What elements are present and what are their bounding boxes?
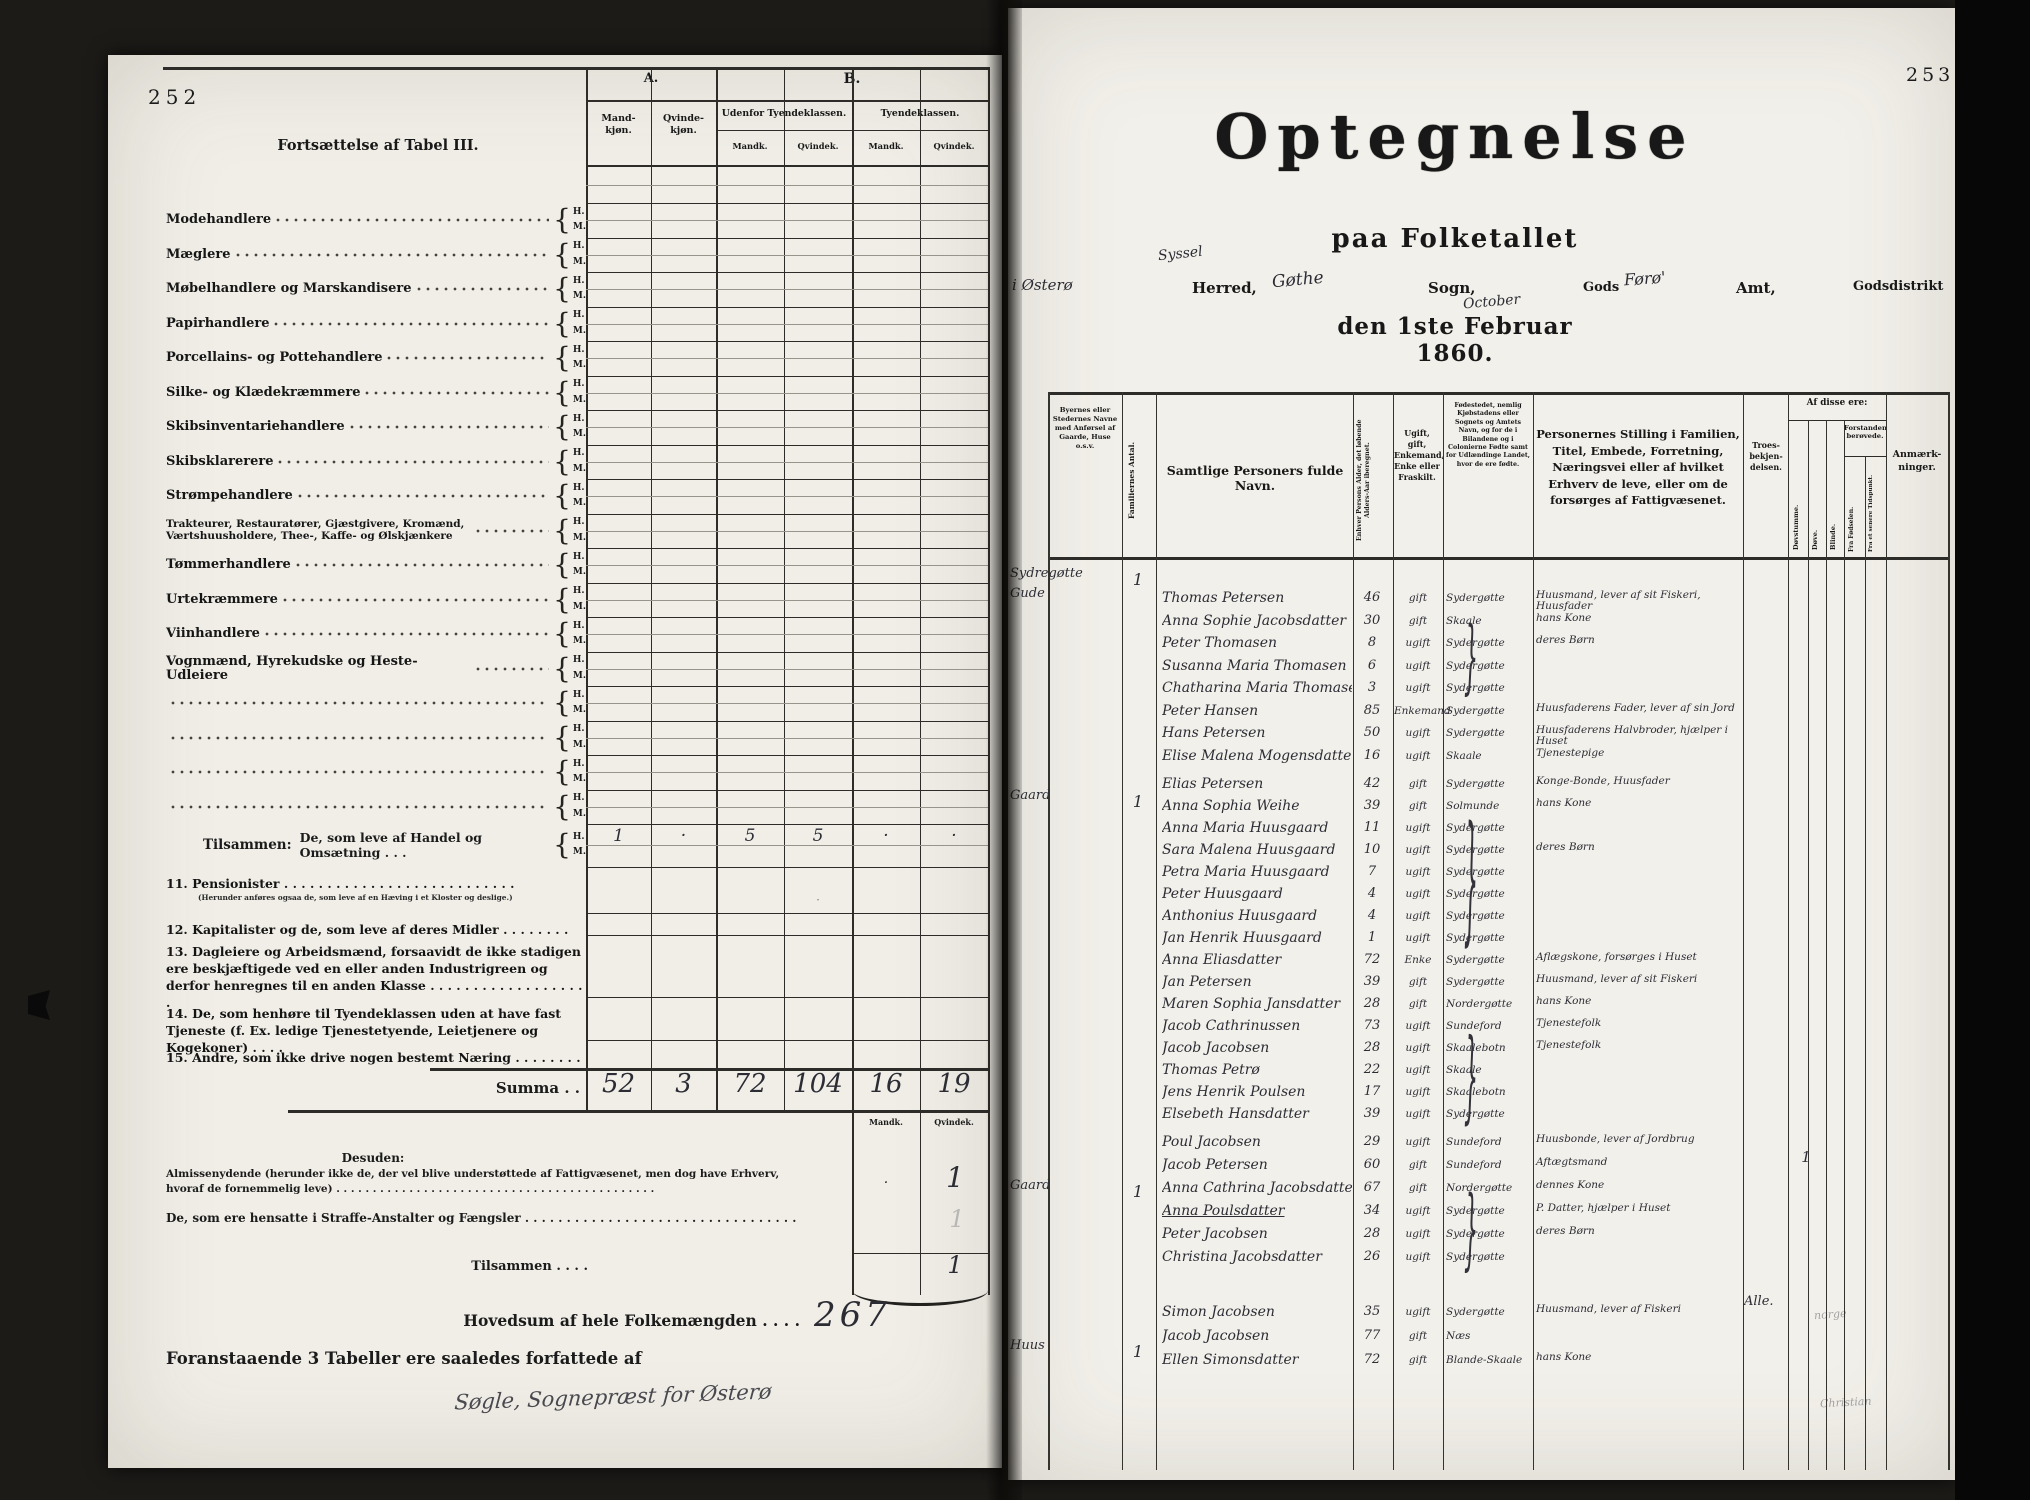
grid-hline (586, 220, 988, 221)
person-status: ugift (1394, 932, 1442, 944)
occupation-label: Porcellains- og Pottehandlere (166, 351, 382, 365)
occupation-row: Skibsklarerere{H.M. (166, 445, 586, 480)
person-birthplace: Skaalebotn (1446, 1042, 1532, 1054)
person-occupation: Huusmand, lever af sit Fiskeri (1536, 974, 1740, 985)
row-label-h: H. (573, 239, 586, 255)
grid-hline (586, 721, 988, 722)
grid-hline (586, 427, 988, 428)
census-date: den 1ste Februar 1860. (1305, 313, 1605, 367)
person-birthplace: Sydergøtte (1446, 954, 1532, 966)
brace-glyph: { (553, 585, 571, 615)
brace-glyph: { (553, 723, 571, 753)
place-name: Gaard (1010, 788, 1122, 803)
hm-labels: H.M. (573, 757, 586, 788)
person-status: ugift (1394, 1020, 1442, 1032)
dot-leader (475, 527, 549, 535)
person-name: Maren Sophia Jansdatter (1162, 996, 1352, 1012)
person-age: 11 (1353, 820, 1391, 835)
summa-value: 72 (722, 1069, 778, 1099)
person-birthplace: Sydergøtte (1446, 976, 1532, 988)
hm-labels: H.M. (573, 205, 586, 236)
grid-hline (586, 289, 988, 290)
grid-hline (586, 324, 988, 325)
person-occupation: Tjenestepige (1536, 748, 1740, 759)
row-label-h: H. (573, 550, 586, 566)
family-count: 1 (1124, 1182, 1152, 1201)
person-name: Chatharina Maria Thomasen (1162, 680, 1352, 696)
hm-labels: H.M. (573, 619, 586, 650)
person-age: 6 (1353, 658, 1391, 673)
hm-labels: H.M. (573, 791, 586, 822)
grid-hline (586, 165, 988, 167)
hm-labels: H.M. (573, 377, 586, 408)
dot-leader (364, 389, 549, 397)
family-count: 1 (1124, 1342, 1152, 1361)
person-occupation: Huusfaderens Fader, lever af sin Jord (1536, 703, 1740, 714)
person-occupation: P. Datter, hjælper i Huset (1536, 1203, 1740, 1214)
person-status: gift (1394, 615, 1442, 627)
person-birthplace: Sydergøtte (1446, 727, 1532, 739)
dot-leader (275, 216, 549, 224)
person-status: ugift (1394, 910, 1442, 922)
row-label-h: H. (573, 515, 586, 531)
group-brace: } (1463, 1030, 1479, 1130)
grid-hline (586, 185, 988, 186)
occupation-label: Mæglere (166, 248, 231, 262)
person-name: Peter Hansen (1162, 703, 1352, 719)
person-status: ugift (1394, 1042, 1442, 1054)
grid-hline (586, 514, 988, 515)
subcolumn-qvindek: Qvindek. (784, 141, 852, 151)
occupation-row: {H.M. (166, 755, 586, 790)
person-birthplace: Skaale (1446, 615, 1532, 627)
hm-brace: {H.M. (553, 688, 586, 719)
tilsammen-value: · (866, 826, 906, 846)
hm-brace: {H.M. (553, 377, 586, 408)
person-status: ugift (1394, 1205, 1442, 1217)
grid-hline (586, 583, 988, 584)
person-status: ugift (1394, 1228, 1442, 1240)
person-status: gift (1394, 592, 1442, 604)
grid-hline (586, 496, 988, 497)
row-label-h: H. (573, 308, 586, 324)
grid-hline (586, 358, 988, 359)
person-birthplace: Sydergøtte (1446, 1228, 1532, 1240)
person-status: ugift (1394, 1251, 1442, 1263)
person-occupation: hans Kone (1536, 798, 1740, 809)
person-occupation: dennes Kone (1536, 1180, 1740, 1191)
person-name: Anna Sophia Weihe (1162, 798, 1352, 814)
document-title: Optegnelse (1055, 100, 1855, 173)
hm-labels: H.M. (573, 688, 586, 719)
hm-brace: {H.M. (553, 830, 586, 861)
brace-glyph: { (553, 619, 571, 649)
almisse-text: Almissenydende (herunder ikke de, der ve… (166, 1167, 808, 1197)
footer-statement: Foranstaaende 3 Tabeller ere saaledes fo… (166, 1349, 642, 1368)
grid-vline (716, 67, 718, 1110)
person-birthplace: Sydergøtte (1446, 705, 1532, 717)
person-status: gift (1394, 800, 1442, 812)
person-name: Ellen Simonsdatter (1162, 1352, 1352, 1368)
row-label-h: H. (573, 412, 586, 428)
row-label-h: H. (573, 830, 586, 846)
dot-leader (349, 423, 549, 431)
person-name: Anna Sophie Jacobsdatter (1162, 613, 1352, 629)
grid-hline (586, 410, 988, 411)
occupation-row: {H.M. (166, 686, 586, 721)
occupation-row: Vognmænd, Hyrekudske og Heste-Udleiere{H… (166, 652, 586, 687)
tilsammen-value: 5 (798, 826, 838, 846)
brace-glyph: { (553, 654, 571, 684)
brace-glyph: { (553, 205, 571, 235)
person-status: Enkemand (1394, 705, 1442, 717)
stray-dot: · (803, 893, 833, 907)
col-header-civil-status: Ugift, gift, Enkemand, Enke eller Fraski… (1394, 428, 1440, 483)
dot-leader (282, 596, 549, 604)
grid-vline (920, 1110, 921, 1295)
person-occupation: Huusbonde, lever af Jordbrug (1536, 1134, 1740, 1145)
person-name: Anna Cathrina Jacobsdatter (1162, 1180, 1352, 1196)
row-label-m: M. (573, 462, 586, 478)
person-name: Sara Malena Huusgaard (1162, 842, 1352, 858)
person-birthplace: Sydergøtte (1446, 822, 1532, 834)
row-label-m: M. (573, 703, 586, 719)
occupation-row: Urtekræmmere{H.M. (166, 583, 586, 618)
person-status: ugift (1394, 660, 1442, 672)
hm-labels: H.M. (573, 343, 586, 374)
occupation-label: Modehandlere (166, 213, 271, 227)
scan-black-border (1955, 0, 2030, 1500)
row-label-m: M. (573, 738, 586, 754)
place-name: Sydregøtte (1010, 566, 1122, 581)
person-birthplace: Blande-Skaale (1446, 1354, 1532, 1366)
grid-vline (1865, 456, 1866, 1470)
row-label-h: H. (573, 619, 586, 635)
person-name: Anna Maria Huusgaard (1162, 820, 1352, 836)
right-page: 253 Optegnelse paa Folketallet i Østerø … (1008, 8, 1955, 1480)
occupation-row: {H.M. (166, 721, 586, 756)
grid-hline (163, 67, 988, 70)
person-age: 26 (1353, 1249, 1391, 1264)
person-name: Christina Jacobsdatter (1162, 1249, 1352, 1265)
hm-brace: {H.M. (553, 584, 586, 615)
brace-glyph: { (553, 309, 571, 339)
row-label-m: M. (573, 565, 586, 581)
person-name: Elise Malena Mogensdatter (1162, 748, 1352, 764)
brace-glyph: } (1464, 1023, 1478, 1137)
desuden-heading: Desuden: (288, 1151, 458, 1165)
person-occupation: Konge-Bonde, Huusfader (1536, 776, 1740, 787)
tilsammen-row: Tilsammen:De, som leve af Handel og Omsæ… (203, 825, 586, 865)
row-label-m: M. (573, 393, 586, 409)
person-status: ugift (1394, 1306, 1442, 1318)
hm-brace: {H.M. (553, 308, 586, 339)
numbered-item: 12. Kapitalister og de, som leve af dere… (166, 921, 584, 938)
person-occupation: Tjenestefolk (1536, 1018, 1740, 1029)
grid-vline (1156, 392, 1157, 1470)
dot-leader (170, 803, 549, 811)
col-header-dovstumme: Døvstumme. (1792, 428, 1800, 550)
person-age: 50 (1353, 725, 1391, 740)
summa-value: 19 (926, 1069, 982, 1099)
person-age: 34 (1353, 1203, 1391, 1218)
handwritten-syssel: Syssel (1157, 244, 1203, 265)
person-name: Jacob Petersen (1162, 1157, 1352, 1173)
person-status: ugift (1394, 727, 1442, 739)
person-name: Jacob Jacobsen (1162, 1328, 1352, 1344)
col-header-position: Personernes Stilling i Familien, Titel, … (1536, 426, 1740, 509)
hm-brace: {H.M. (553, 653, 586, 684)
person-age: 1 (1353, 930, 1391, 945)
row-label-h: H. (573, 653, 586, 669)
row-label-m: M. (573, 807, 586, 823)
person-age: 28 (1353, 996, 1391, 1011)
grid-hline (586, 935, 988, 936)
person-status: ugift (1394, 1108, 1442, 1120)
hm-labels: H.M. (573, 584, 586, 615)
person-birthplace: Skaale (1446, 750, 1532, 762)
grid-hline (586, 462, 988, 463)
grid-hline (586, 100, 988, 102)
person-status: gift (1394, 1182, 1442, 1194)
occupation-label: Skibsinventariehandlere (166, 420, 345, 434)
place-name: Huus (1010, 1338, 1122, 1353)
handwritten-sogn: Gøthe (1271, 268, 1324, 292)
person-name: Thomas Petrø (1162, 1062, 1352, 1078)
numbered-item: 15. Andre, som ikke drive nogen bestemt … (166, 1049, 584, 1066)
dot-leader (297, 492, 549, 500)
row-label-h: H. (573, 584, 586, 600)
person-occupation: deres Børn (1536, 842, 1740, 853)
person-status: ugift (1394, 1136, 1442, 1148)
person-age: 35 (1353, 1304, 1391, 1319)
person-status: ugift (1394, 682, 1442, 694)
hm-brace: {H.M. (553, 274, 586, 305)
person-age: 39 (1353, 798, 1391, 813)
document-subtitle: paa Folketallet (1255, 224, 1655, 254)
grid-hline (586, 790, 988, 791)
hm-brace: {H.M. (553, 791, 586, 822)
brace-glyph: } (1464, 615, 1478, 706)
desuden-tilsammen-label: Tilsammen . . . . (428, 1259, 588, 1274)
grid-hline (586, 913, 988, 914)
grid-hline (586, 445, 988, 446)
brace-glyph: { (553, 343, 571, 373)
grid-hline (586, 565, 988, 566)
straffe-text: De, som ere hensatte i Straffe-Anstalter… (166, 1211, 808, 1225)
grid-vline (920, 67, 921, 1110)
remark-faint: Christian (1820, 1395, 1872, 1411)
item-note: (Herunder anføres ogsaa de, som leve af … (198, 893, 584, 902)
dot-leader (386, 354, 549, 362)
tilsammen-text: De, som leve af Handel og Omsætning . . … (300, 830, 553, 860)
grid-vline (1443, 392, 1444, 1470)
occupation-row: Mæglere{H.M. (166, 238, 586, 273)
grid-vline (1886, 392, 1887, 1470)
person-name: Elsebeth Hansdatter (1162, 1106, 1352, 1122)
person-name: Peter Thomasen (1162, 635, 1352, 651)
person-birthplace: Sydergøtte (1446, 1251, 1532, 1263)
row-label-m: M. (573, 496, 586, 512)
person-status: gift (1394, 1330, 1442, 1342)
occupation-label: Skibsklarerere (166, 455, 273, 469)
row-label-h: H. (573, 757, 586, 773)
brace-glyph: } (1464, 805, 1478, 964)
row-label-h: H. (573, 274, 586, 290)
col-header-blinde: Blinde. (1829, 428, 1837, 550)
row-label-m: M. (573, 220, 586, 236)
grid-hline (586, 548, 988, 549)
person-age: 4 (1353, 886, 1391, 901)
brace-glyph: { (553, 757, 571, 787)
person-name: Anna Eliasdatter (1162, 952, 1352, 968)
dot-leader (277, 458, 549, 466)
col-header-fra-fodselen: Fra Fødselen. (1848, 460, 1855, 552)
person-name: Anthonius Huusgaard (1162, 908, 1352, 924)
page-gutter-shadow (986, 0, 1022, 1500)
occupation-label: Tømmerhandlere (166, 558, 291, 572)
person-age: 4 (1353, 908, 1391, 923)
person-name: Jens Henrik Poulsen (1162, 1084, 1352, 1100)
person-age: 28 (1353, 1226, 1391, 1241)
brace-glyph: { (553, 830, 571, 860)
person-age: 85 (1353, 703, 1391, 718)
row-label-m: M. (573, 845, 586, 861)
hm-labels: H.M. (573, 308, 586, 339)
dot-leader (295, 561, 549, 569)
person-name: Poul Jacobsen (1162, 1134, 1352, 1150)
hm-brace: {H.M. (553, 446, 586, 477)
person-age: 28 (1353, 1040, 1391, 1055)
field-label-sogn: Sogn, (1428, 279, 1475, 297)
row-label-m: M. (573, 324, 586, 340)
religion-note: Alle. (1744, 1294, 1790, 1309)
person-name: Simon Jacobsen (1162, 1304, 1352, 1320)
column-header-mandkjon: Mand- kjøn. (588, 113, 649, 137)
col-header-af-disse-ere: Af disse ere: (1788, 398, 1886, 408)
place-name: Gaard (1010, 1178, 1122, 1193)
field-label-herred: Herred, (1192, 279, 1257, 297)
occupation-row: Skibsinventariehandlere{H.M. (166, 410, 586, 445)
straffe-value-q: 1 (942, 1205, 972, 1233)
person-occupation: Tjenestefolk (1536, 1040, 1740, 1051)
row-label-h: H. (573, 688, 586, 704)
hm-brace: {H.M. (553, 481, 586, 512)
hm-labels: H.M. (573, 239, 586, 270)
hovedsum-label: Hovedsum af hele Folkemængden . . . . (448, 1311, 800, 1330)
col-header-religion: Troes-bekjen-delsen. (1744, 440, 1788, 473)
person-occupation: hans Kone (1536, 613, 1740, 624)
person-status: gift (1394, 1159, 1442, 1171)
person-status: ugift (1394, 1086, 1442, 1098)
occupation-label: Strømpehandlere (166, 489, 293, 503)
person-status: gift (1394, 998, 1442, 1010)
person-status: ugift (1394, 888, 1442, 900)
person-occupation: hans Kone (1536, 1352, 1740, 1363)
grid-hline (586, 479, 988, 480)
person-name: Peter Huusgaard (1162, 886, 1352, 902)
person-birthplace: Sydergøtte (1446, 778, 1532, 790)
occupation-label: Silke- og Klædekræmmere (166, 386, 360, 400)
grid-vline (1122, 392, 1123, 1470)
scan-margin-mark (28, 990, 50, 1020)
person-status: ugift (1394, 844, 1442, 856)
grid-hline (586, 531, 988, 532)
group-brace: } (1463, 814, 1479, 954)
grid-hline (586, 1040, 988, 1041)
person-birthplace: Sydergøtte (1446, 866, 1532, 878)
remark-faint: norge (1814, 1307, 1847, 1322)
almisse-value-m: · (871, 1175, 901, 1191)
tilsammen-value: 1 (599, 826, 639, 846)
grid-vline (586, 67, 588, 1110)
grid-hline (586, 617, 988, 618)
occupation-label: Møbelhandlere og Marskandisere (166, 282, 412, 296)
person-name: Thomas Petersen (1162, 590, 1352, 606)
person-age: 7 (1353, 864, 1391, 879)
almisse-value-q: 1 (940, 1161, 970, 1194)
person-name: Jan Petersen (1162, 974, 1352, 990)
hm-brace: {H.M. (553, 239, 586, 270)
person-name: Jacob Cathrinussen (1162, 1018, 1352, 1034)
person-birthplace: Næs (1446, 1330, 1532, 1342)
person-occupation: hans Kone (1536, 996, 1740, 1007)
person-birthplace: Sydergøtte (1446, 682, 1532, 694)
person-name: Elias Petersen (1162, 776, 1352, 792)
brace-glyph: { (553, 516, 571, 546)
row-label-m: M. (573, 600, 586, 616)
col-header-birthplace: Fødestedet, nemlig Kjøbstadens eller Sog… (1445, 402, 1531, 469)
hm-labels: H.M. (573, 274, 586, 305)
grid-hline (586, 600, 988, 601)
row-label-h: H. (573, 481, 586, 497)
grid-hline (586, 845, 988, 846)
row-label-h: H. (573, 377, 586, 393)
person-age: 39 (1353, 1106, 1391, 1121)
grid-hline (586, 272, 988, 273)
occupation-label: Viinhandlere (166, 627, 260, 641)
person-age: 42 (1353, 776, 1391, 791)
row-label-m: M. (573, 531, 586, 547)
summa-value: 52 (591, 1069, 647, 1099)
grid-hline (586, 669, 988, 670)
person-status: ugift (1394, 1064, 1442, 1076)
person-occupation: Huusmand, lever af Fiskeri (1536, 1304, 1740, 1315)
person-birthplace: Sydergøtte (1446, 888, 1532, 900)
brace-glyph: { (553, 792, 571, 822)
tally-mark: 1 (1796, 1148, 1816, 1166)
person-birthplace: Sydergøtte (1446, 1205, 1532, 1217)
person-status: gift (1394, 976, 1442, 988)
person-age: 72 (1353, 952, 1391, 967)
grid-hline (586, 652, 988, 653)
dot-leader (416, 285, 550, 293)
grid-vline (852, 1110, 854, 1295)
person-name: Anna Poulsdatter (1162, 1203, 1352, 1219)
hm-labels: H.M. (573, 722, 586, 753)
grid-vline (784, 67, 785, 1110)
hm-labels: H.M. (573, 550, 586, 581)
row-label-m: M. (573, 427, 586, 443)
person-birthplace: Sydergøtte (1446, 844, 1532, 856)
person-status: ugift (1394, 750, 1442, 762)
person-name: Petra Maria Huusgaard (1162, 864, 1352, 880)
person-birthplace: Skaalebotn (1446, 1086, 1532, 1098)
occupation-row: {H.M. (166, 790, 586, 825)
subcolumn-mandk: Mandk. (716, 141, 784, 151)
grid-hline (716, 130, 988, 131)
row-label-m: M. (573, 255, 586, 271)
